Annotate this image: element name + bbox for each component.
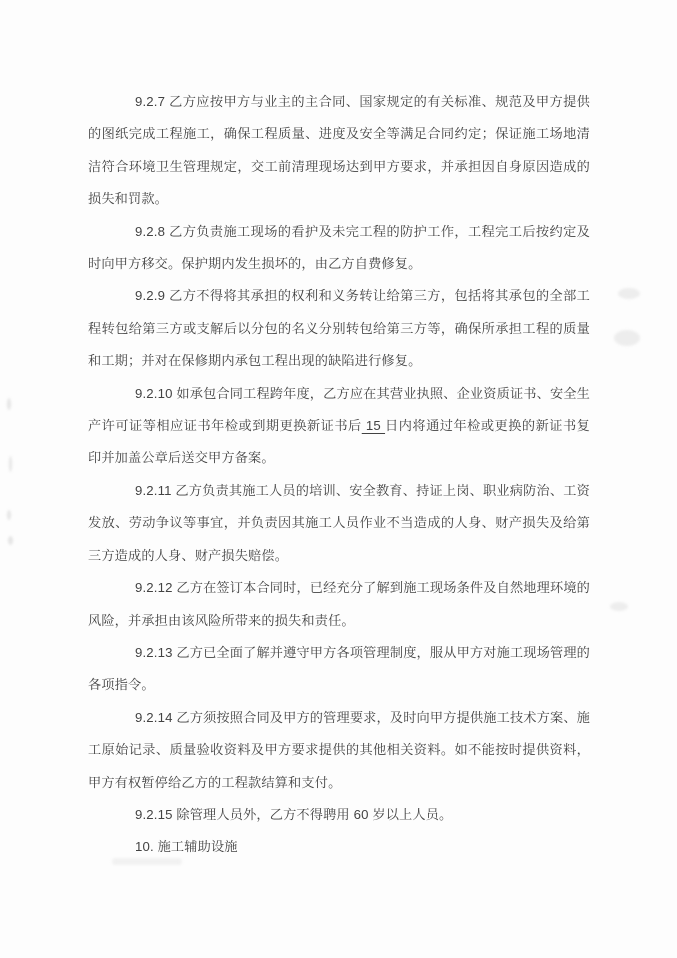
filled-blank-days: 15 xyxy=(362,418,385,433)
contract-clause-9-2-7: 9.2.7 乙方应按甲方与业主的主合同、国家规定的有关标准、规范及甲方提供的图纸… xyxy=(88,86,590,216)
scan-artifact xyxy=(9,456,12,472)
contract-clause-9-2-10: 9.2.10 如承包合同工程跨年度，乙方应在其营业执照、企业资质证书、安全生产许… xyxy=(88,378,590,475)
contract-clause-9-2-14: 9.2.14 乙方须按照合同及甲方的管理要求，及时向甲方提供施工技术方案、施工原… xyxy=(88,702,590,799)
scan-artifact xyxy=(614,330,640,346)
scan-artifact xyxy=(610,602,628,611)
contract-clause-9-2-8: 9.2.8 乙方负责施工现场的看护及未完工程的防护工作，工程完工后按约定及时向甲… xyxy=(88,216,590,281)
scan-artifact xyxy=(7,510,11,520)
contract-clause-9-2-9: 9.2.9 乙方不得将其承担的权利和义务转让给第三方，包括将其承包的全部工程转包… xyxy=(88,280,590,377)
scanned-contract-page: 9.2.7 乙方应按甲方与业主的主合同、国家规定的有关标准、规范及甲方提供的图纸… xyxy=(0,0,677,958)
scan-artifact xyxy=(7,398,11,410)
scan-artifact xyxy=(618,288,640,299)
scan-artifact xyxy=(112,858,182,865)
contract-clause-9-2-15: 9.2.15 除管理人员外，乙方不得聘用 60 岁以上人员。 xyxy=(88,799,590,831)
scan-artifact xyxy=(8,536,13,545)
contract-text-block: 9.2.7 乙方应按甲方与业主的主合同、国家规定的有关标准、规范及甲方提供的图纸… xyxy=(88,86,590,864)
contract-clause-9-2-12: 9.2.12 乙方在签订本合同时，已经充分了解到施工现场条件及自然地理环境的风险… xyxy=(88,572,590,637)
contract-clause-9-2-11: 9.2.11 乙方负责其施工人员的培训、安全教育、持证上岗、职业病防治、工资发放… xyxy=(88,475,590,572)
contract-clause-9-2-13: 9.2.13 乙方已全面了解并遵守甲方各项管理制度，服从甲方对施工现场管理的各项… xyxy=(88,637,590,702)
